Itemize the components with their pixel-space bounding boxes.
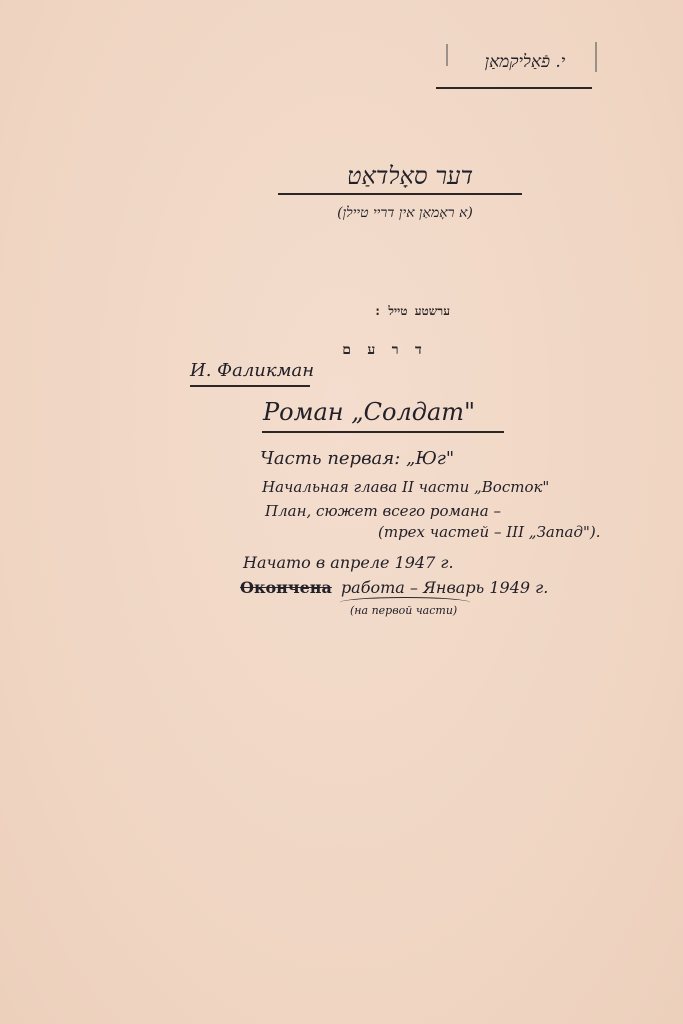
started-date: Начато в апреле 1947 г. <box>243 553 454 572</box>
title-yiddish: דער סאָלדאַט <box>310 162 510 191</box>
author-russian-underline <box>190 385 310 387</box>
novel-title-underline <box>262 431 504 433</box>
title-underline <box>278 193 522 195</box>
note-three-parts: (трех частей – III „Запад"). <box>378 523 601 541</box>
staple-mark-right <box>595 42 597 72</box>
subtitle-yiddish: (א ראָמאַן אין דריי טיילן) <box>290 205 520 222</box>
author-signature-yiddish: י. פֿאַליקמאַן <box>460 52 590 72</box>
author-name-russian: И. Фаликман <box>190 360 314 381</box>
finished-line: Окончена работа – Январь 1949 г. <box>240 578 548 597</box>
note-plan: План, сюжет всего романа – <box>265 502 501 520</box>
note-part-one: Часть первая: „Юг" <box>260 448 454 469</box>
finished-prefix: Окончена <box>240 578 332 597</box>
typed-part-name: ד ר ע ם <box>330 342 438 359</box>
note-chapter-two: Начальная глава II части „Восток" <box>262 478 549 496</box>
author-underline <box>436 87 592 89</box>
typed-part-label: ערשטע טייל : <box>330 304 450 319</box>
staple-mark-left <box>446 44 448 66</box>
finished-text: работа – Январь 1949 г. <box>341 578 548 597</box>
finished-note: (на первой части) <box>350 604 457 617</box>
novel-title: Роман „Солдат" <box>263 398 475 426</box>
